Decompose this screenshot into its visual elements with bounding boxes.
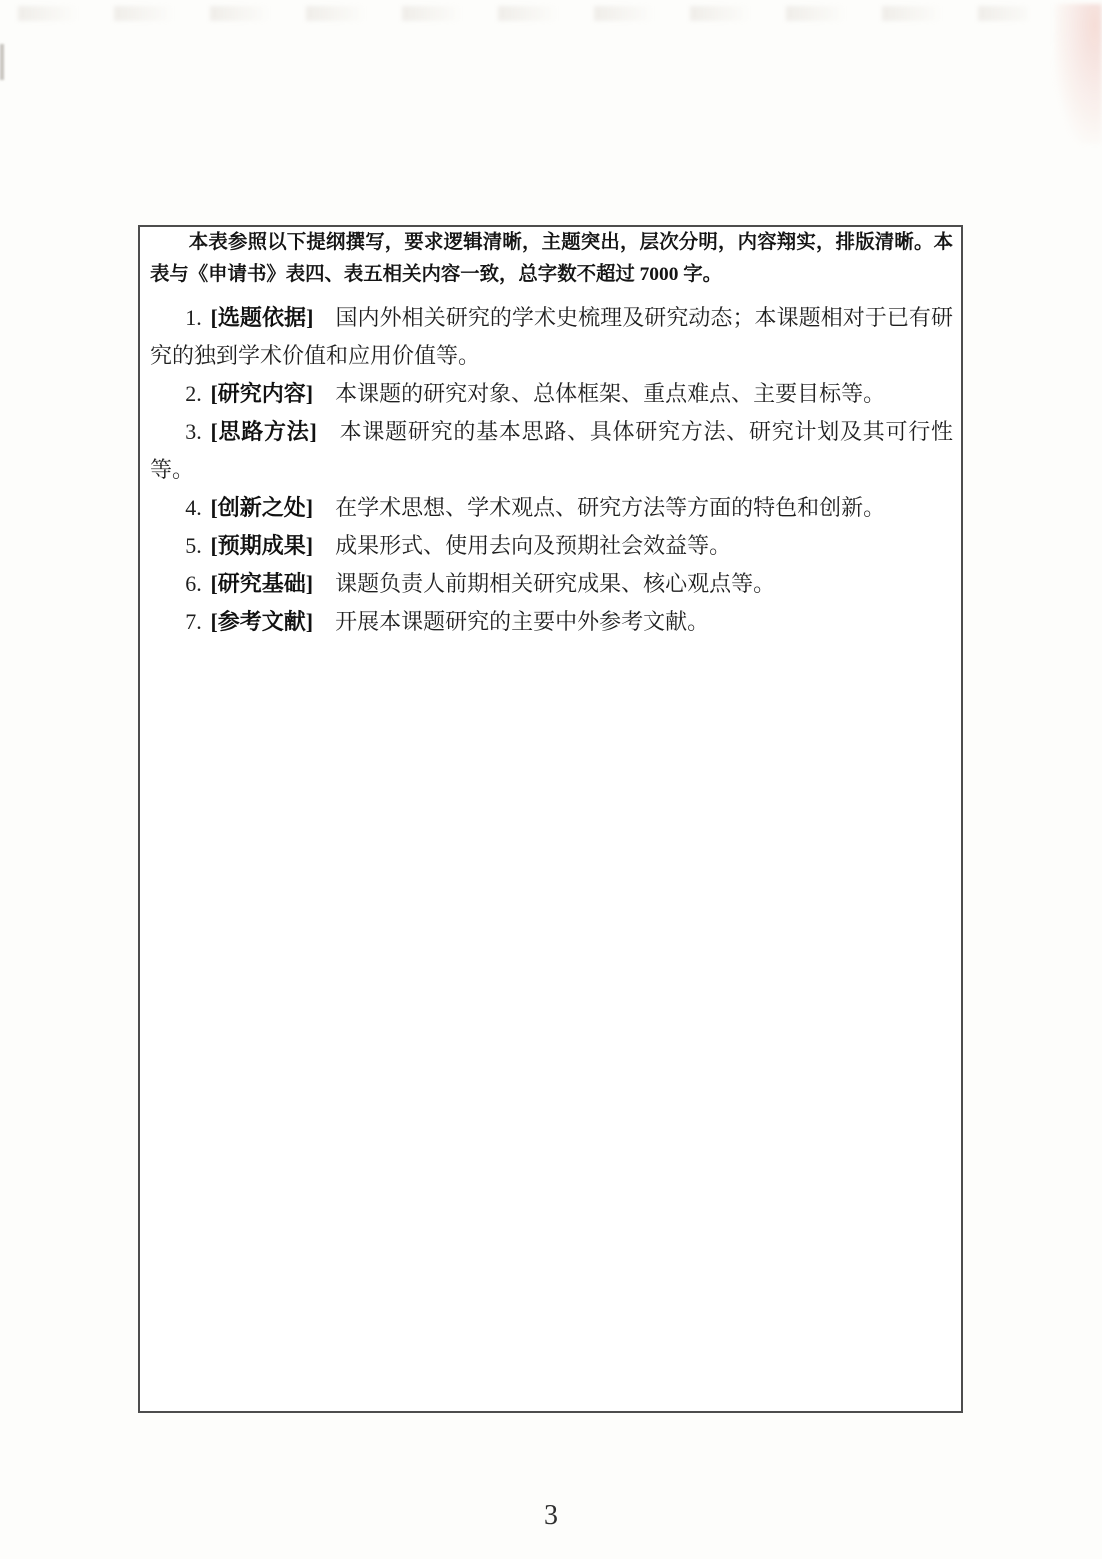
scan-artifact-pink-corner bbox=[1054, 4, 1102, 144]
item-text: 本课题的研究对象、总体框架、重点难点、主要目标等。 bbox=[335, 381, 885, 406]
item-number: 5. bbox=[185, 533, 202, 558]
item-label: [研究内容] bbox=[210, 381, 313, 406]
item-number: 2. bbox=[185, 381, 202, 406]
item-label: [研究基础] bbox=[210, 571, 313, 596]
item-label: [创新之处] bbox=[210, 495, 313, 520]
item-text: 课题负责人前期相关研究成果、核心观点等。 bbox=[335, 571, 775, 596]
item-number: 1. bbox=[185, 305, 202, 330]
item-text: 开展本课题研究的主要中外参考文献。 bbox=[335, 609, 709, 634]
scan-artifact-left-edge bbox=[0, 44, 4, 80]
outline-list: 1.[选题依据]国内外相关研究的学术史梳理及研究动态；本课题相对于已有研究的独到… bbox=[150, 299, 953, 641]
item-label: [选题依据] bbox=[210, 305, 313, 330]
scan-artifact-top-smudge bbox=[18, 6, 1028, 21]
item-label: [预期成果] bbox=[210, 533, 313, 558]
item-label: [思路方法] bbox=[210, 419, 316, 444]
item-number: 7. bbox=[185, 609, 202, 634]
outline-instructions-box: 本表参照以下提纲撰写，要求逻辑清晰，主题突出，层次分明，内容翔实，排版清晰。本表… bbox=[138, 225, 963, 1413]
outline-item-7: 7.[参考文献]开展本课题研究的主要中外参考文献。 bbox=[150, 603, 953, 641]
instructions-header: 本表参照以下提纲撰写，要求逻辑清晰，主题突出，层次分明，内容翔实，排版清晰。本表… bbox=[150, 227, 953, 291]
outline-item-4: 4.[创新之处]在学术思想、学术观点、研究方法等方面的特色和创新。 bbox=[150, 489, 953, 527]
outline-item-2: 2.[研究内容]本课题的研究对象、总体框架、重点难点、主要目标等。 bbox=[150, 375, 953, 413]
item-label: [参考文献] bbox=[210, 609, 313, 634]
page-number: 3 bbox=[0, 1496, 1102, 1536]
item-number: 6. bbox=[185, 571, 202, 596]
item-text: 在学术思想、学术观点、研究方法等方面的特色和创新。 bbox=[335, 495, 885, 520]
outline-item-6: 6.[研究基础]课题负责人前期相关研究成果、核心观点等。 bbox=[150, 565, 953, 603]
item-number: 3. bbox=[185, 419, 202, 444]
item-number: 4. bbox=[185, 495, 202, 520]
item-text: 成果形式、使用去向及预期社会效益等。 bbox=[335, 533, 731, 558]
outline-item-5: 5.[预期成果]成果形式、使用去向及预期社会效益等。 bbox=[150, 527, 953, 565]
outline-item-1: 1.[选题依据]国内外相关研究的学术史梳理及研究动态；本课题相对于已有研究的独到… bbox=[150, 299, 953, 375]
outline-item-3: 3.[思路方法]本课题研究的基本思路、具体研究方法、研究计划及其可行性等。 bbox=[150, 413, 953, 489]
